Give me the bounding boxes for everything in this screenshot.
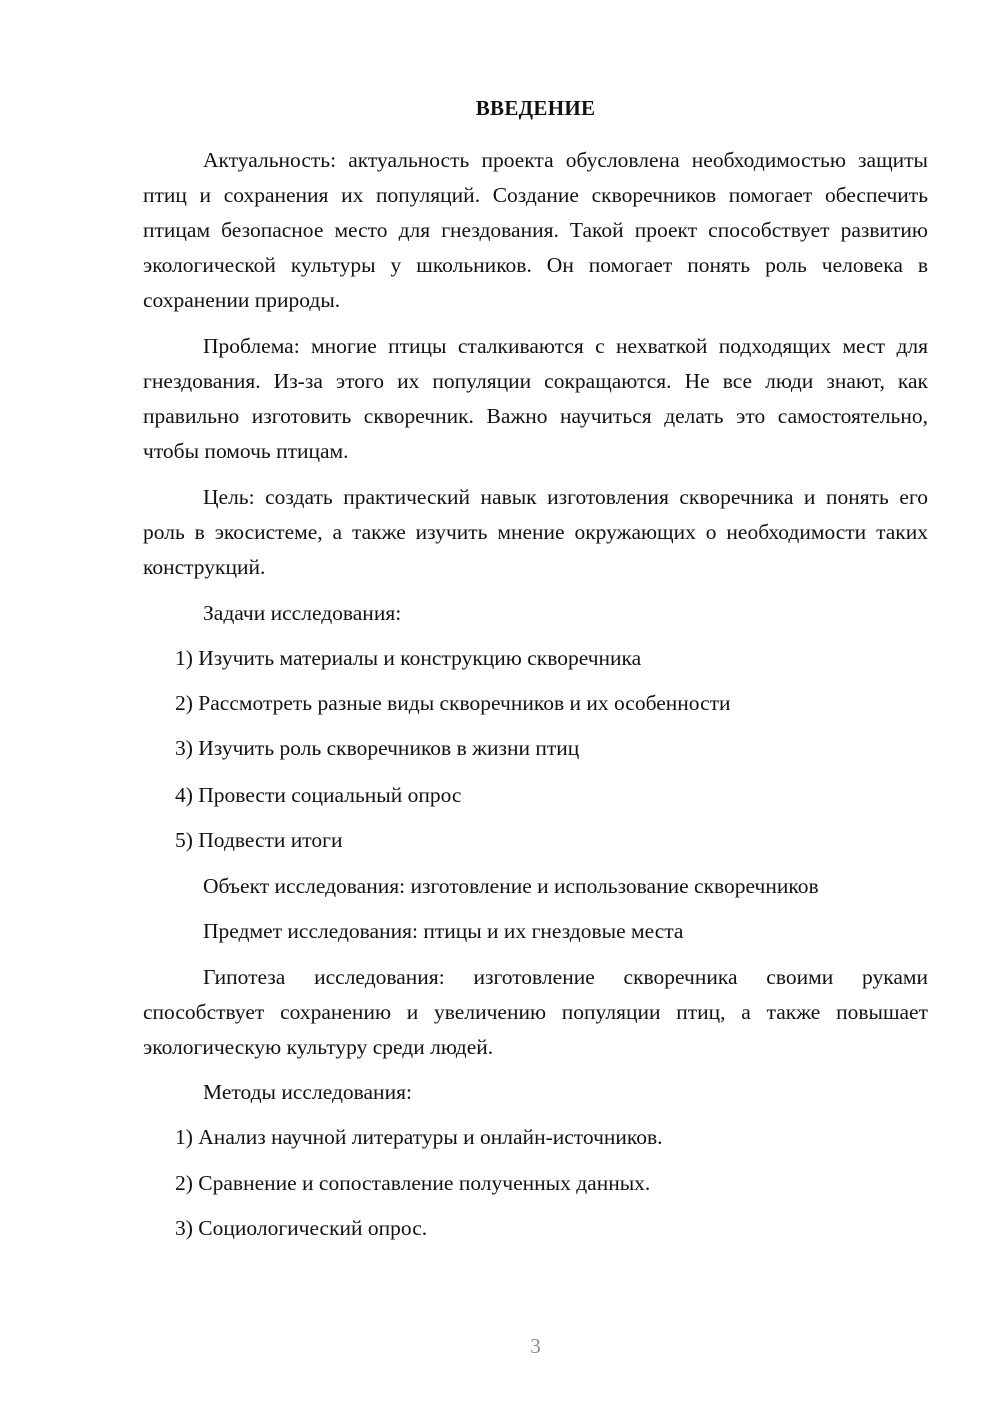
list-item: 1) Изучить материалы и конструкцию сквор… (175, 644, 641, 672)
page-number: 3 (143, 1334, 928, 1359)
list-item: 2) Рассмотреть разные виды скворечников … (175, 689, 731, 717)
paragraph-hypothesis: Гипотеза исследования: изготовление скво… (143, 960, 928, 1065)
tasks-heading: Задачи исследования: (203, 599, 401, 627)
research-subject: Предмет исследования: птицы и их гнездов… (203, 917, 683, 945)
section-title: ВВЕДЕНИЕ (143, 96, 928, 121)
list-item: 1) Анализ научной литературы и онлайн-ис… (175, 1123, 663, 1151)
paragraph-problem: Проблема: многие птицы сталкиваются с не… (143, 329, 928, 469)
research-object: Объект исследования: изготовление и испо… (203, 872, 819, 900)
list-item: 3) Социологический опрос. (175, 1214, 427, 1242)
list-item: 4) Провести социальный опрос (175, 781, 461, 809)
list-item: 5) Подвести итоги (175, 826, 343, 854)
paragraph-relevance: Актуальность: актуальность проекта обусл… (143, 143, 928, 318)
methods-heading: Методы исследования: (203, 1078, 412, 1106)
paragraph-goal: Цель: создать практический навык изготов… (143, 480, 928, 585)
list-item: 3) Изучить роль скворечников в жизни пти… (175, 734, 579, 762)
list-item: 2) Сравнение и сопоставление полученных … (175, 1169, 650, 1197)
